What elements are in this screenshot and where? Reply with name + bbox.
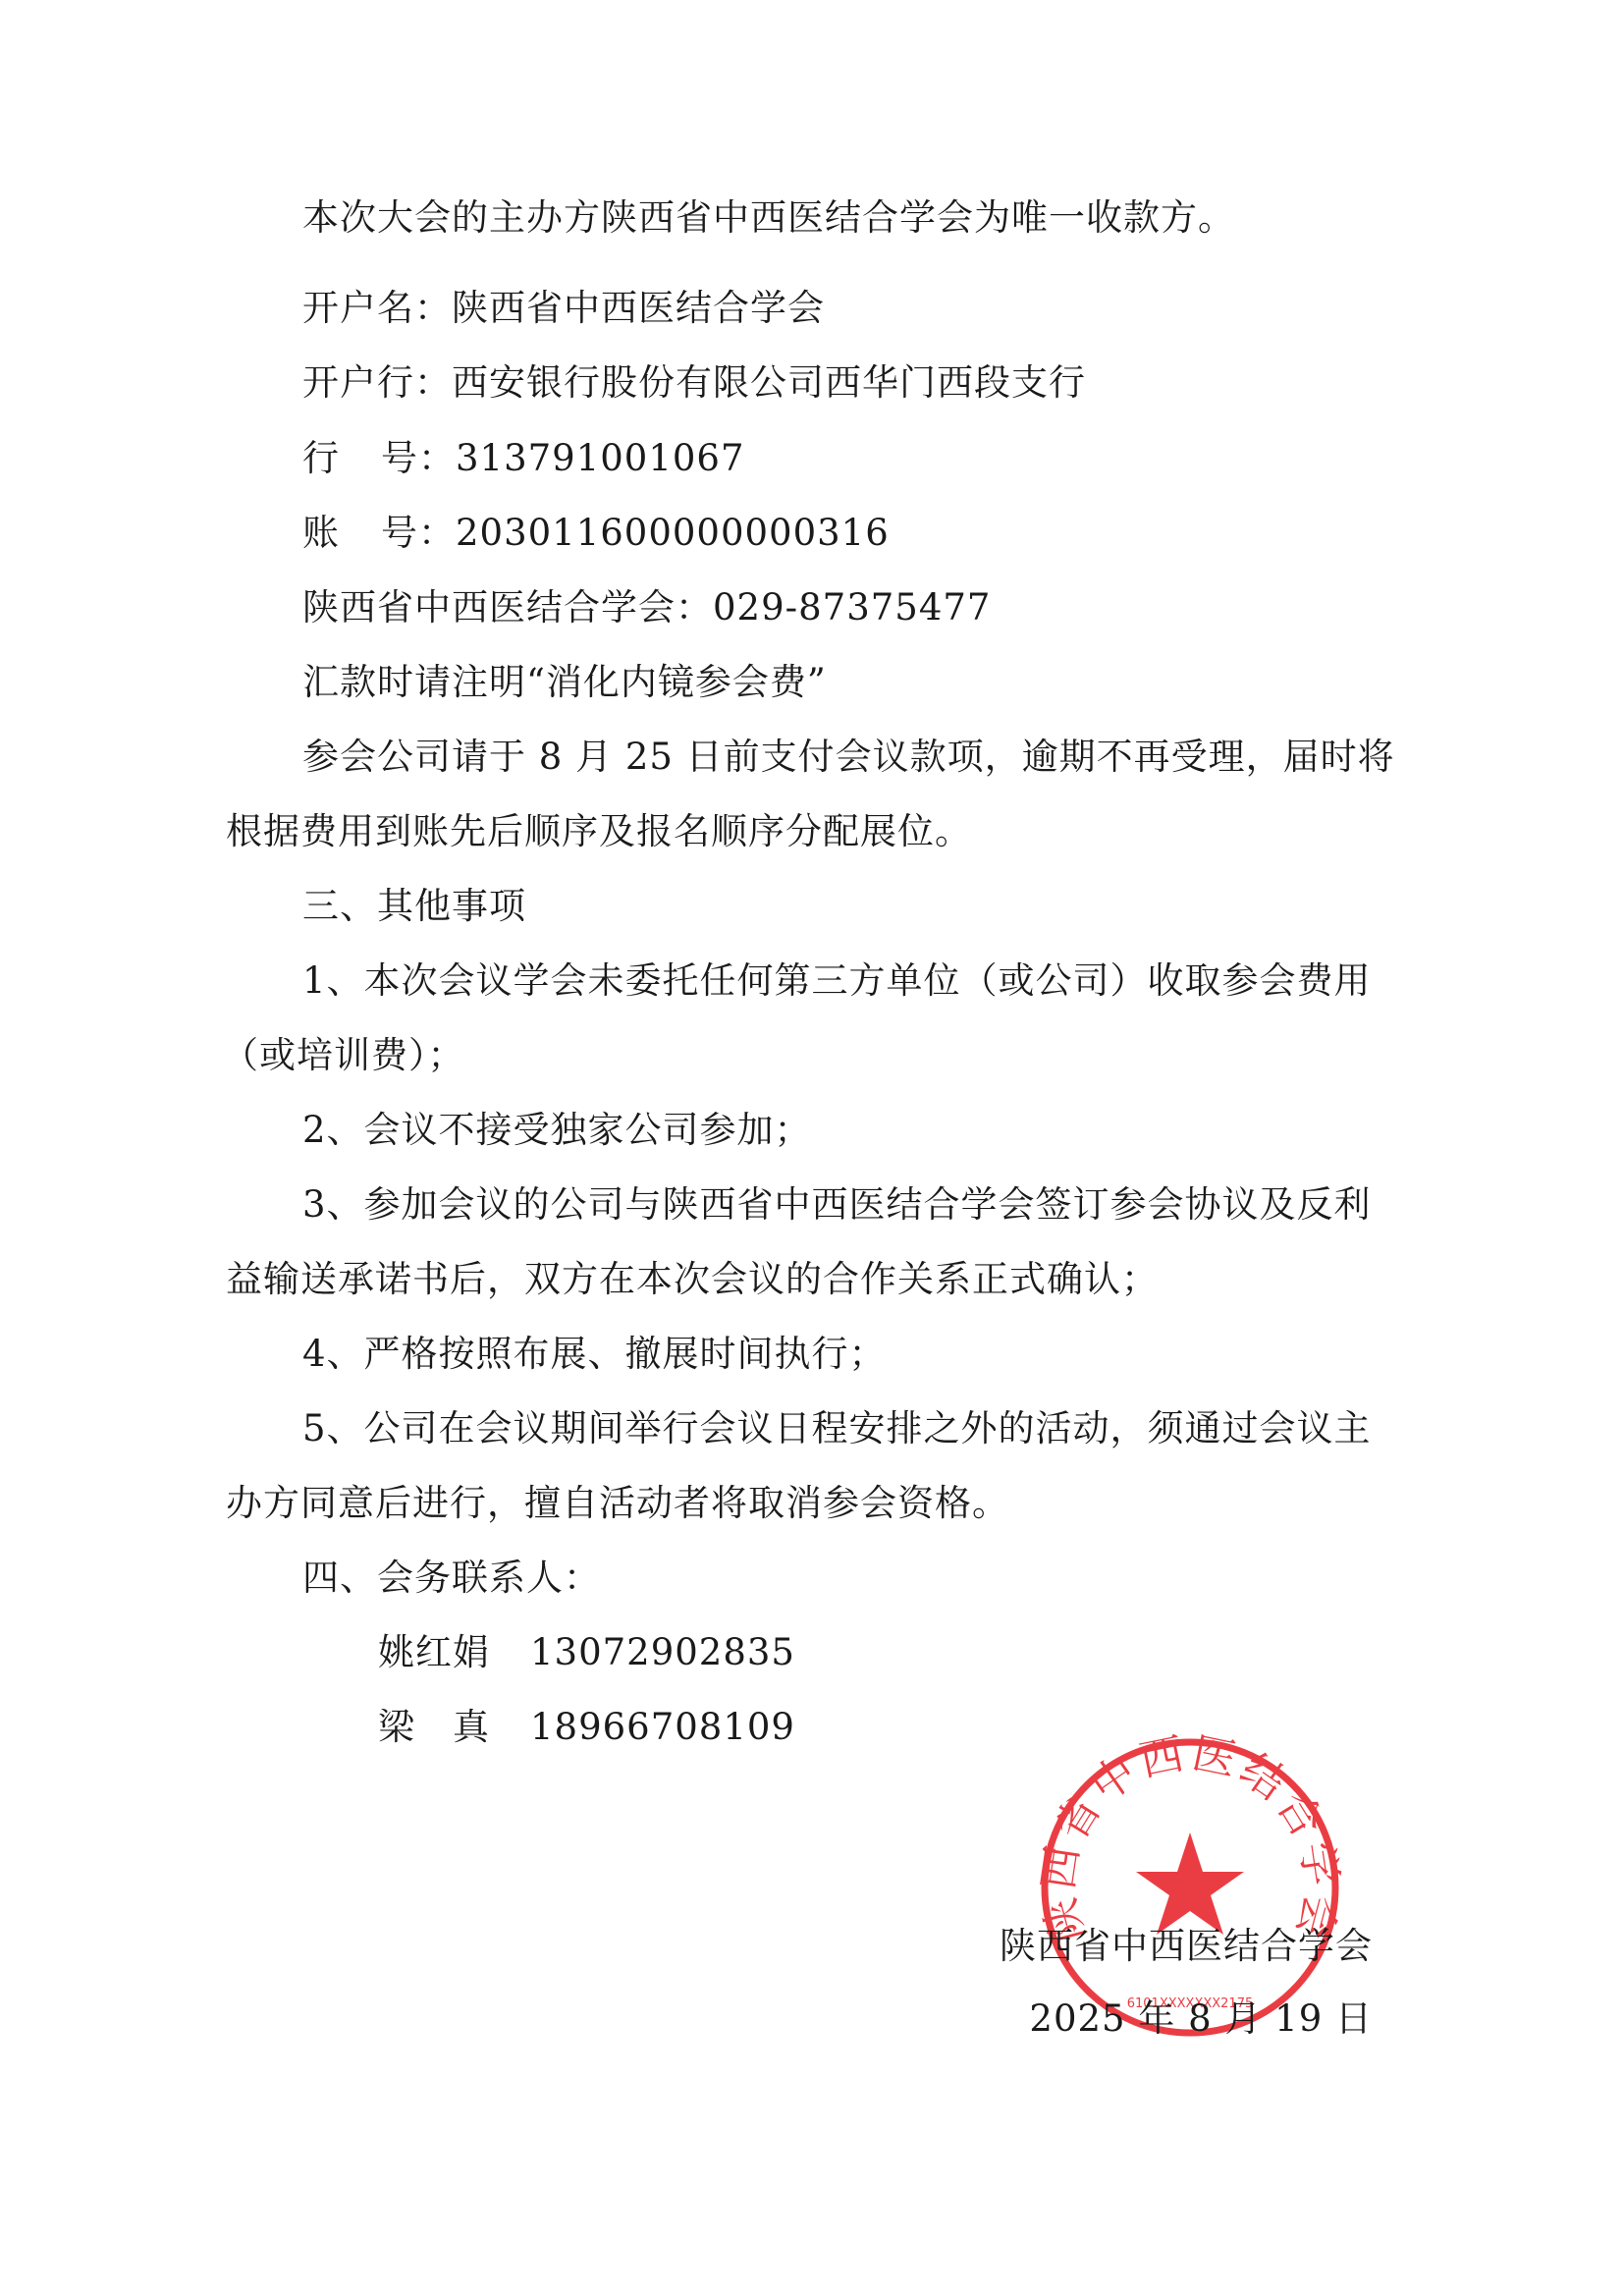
account-number-label-char1: 账 bbox=[302, 510, 381, 557]
section-3-item-1-line-2: （或培训费）； bbox=[222, 1032, 465, 1079]
deadline-line-2: 根据费用到账先后顺序及报名顺序分配展位。 bbox=[226, 808, 972, 855]
bank-number-row: 行号：313791001067 bbox=[302, 435, 745, 482]
bank-label: 开户行： bbox=[302, 361, 452, 404]
society-phone-value: 029-87375477 bbox=[713, 586, 991, 629]
section-3-item-1-line-1: 1、本次会议学会未委托任何第三方单位（或公司）收取参会费用 bbox=[302, 957, 1372, 1005]
section-3-item-5-line-2: 办方同意后进行，擅自活动者将取消参会资格。 bbox=[226, 1480, 1009, 1527]
bank-row: 开户行：西安银行股份有限公司西华门西段支行 bbox=[302, 359, 1086, 407]
account-name-label: 开户名： bbox=[302, 287, 452, 329]
bank-number-label-char2: 号： bbox=[381, 437, 456, 479]
remittance-note: 汇款时请注明“消化内镜参会费” bbox=[302, 659, 827, 706]
section-3-heading: 三、其他事项 bbox=[302, 883, 526, 930]
contact-2-phone: 18966708109 bbox=[530, 1704, 795, 1751]
account-name-value: 陕西省中西医结合学会 bbox=[452, 287, 825, 329]
account-number-value: 203011600000000316 bbox=[456, 512, 890, 554]
society-phone-row: 陕西省中西医结合学会：029-87375477 bbox=[302, 584, 991, 631]
contact-1-phone: 13072902835 bbox=[530, 1629, 795, 1676]
society-phone-label: 陕西省中西医结合学会： bbox=[302, 586, 713, 629]
section-3-item-2: 2、会议不接受独家公司参加； bbox=[302, 1107, 812, 1154]
deadline-line-1: 参会公司请于 8 月 25 日前支付会议款项，逾期不再受理，届时将 bbox=[302, 734, 1395, 781]
section-3-item-4: 4、严格按照布展、撤展时间执行； bbox=[302, 1331, 887, 1378]
bank-number-label-char1: 行 bbox=[302, 435, 381, 482]
signature-date: 2025 年 8 月 19 日 bbox=[1029, 1995, 1373, 2043]
bank-value: 西安银行股份有限公司西华门西段支行 bbox=[452, 361, 1086, 404]
section-3-item-5-line-1: 5、公司在会议期间举行会议日程安排之外的活动，须通过会议主 bbox=[302, 1405, 1372, 1452]
contact-2-name: 梁 真 bbox=[378, 1704, 490, 1751]
section-3-item-3-line-1: 3、参加会议的公司与陕西省中西医结合学会签订参会协议及反利 bbox=[302, 1181, 1372, 1229]
section-3-item-3-line-2: 益输送承诺书后，双方在本次会议的合作关系正式确认； bbox=[226, 1256, 1159, 1303]
account-number-label-char2: 号： bbox=[381, 512, 456, 554]
bank-number-value: 313791001067 bbox=[456, 437, 745, 479]
section-4-heading: 四、会务联系人： bbox=[302, 1555, 601, 1602]
payment-intro: 本次大会的主办方陕西省中西医结合学会为唯一收款方。 bbox=[302, 194, 1235, 242]
document-page: 本次大会的主办方陕西省中西医结合学会为唯一收款方。 开户名：陕西省中西医结合学会… bbox=[0, 0, 1623, 2296]
account-number-row: 账号：203011600000000316 bbox=[302, 510, 890, 557]
signature-organization: 陕西省中西医结合学会 bbox=[1000, 1923, 1373, 1970]
account-name-row: 开户名：陕西省中西医结合学会 bbox=[302, 285, 825, 332]
contact-1-name: 姚红娟 bbox=[378, 1629, 490, 1676]
